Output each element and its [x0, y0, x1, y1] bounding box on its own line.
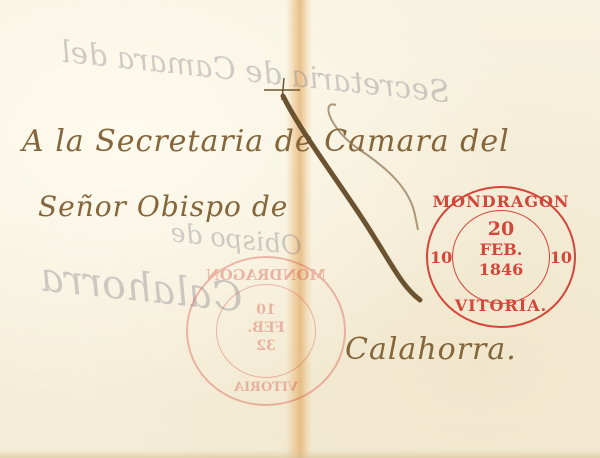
postmark-region: VITORIA.: [428, 296, 574, 315]
postmark-left-number: 10: [430, 248, 452, 267]
postmark-right-number: 10: [550, 248, 572, 267]
mondragon-postmark: MONDRAGON 20 FEB. 1846 VITORIA. 10 10: [426, 186, 576, 328]
postmark-day: 20: [428, 218, 574, 240]
postmark-town: MONDRAGON: [428, 192, 574, 211]
